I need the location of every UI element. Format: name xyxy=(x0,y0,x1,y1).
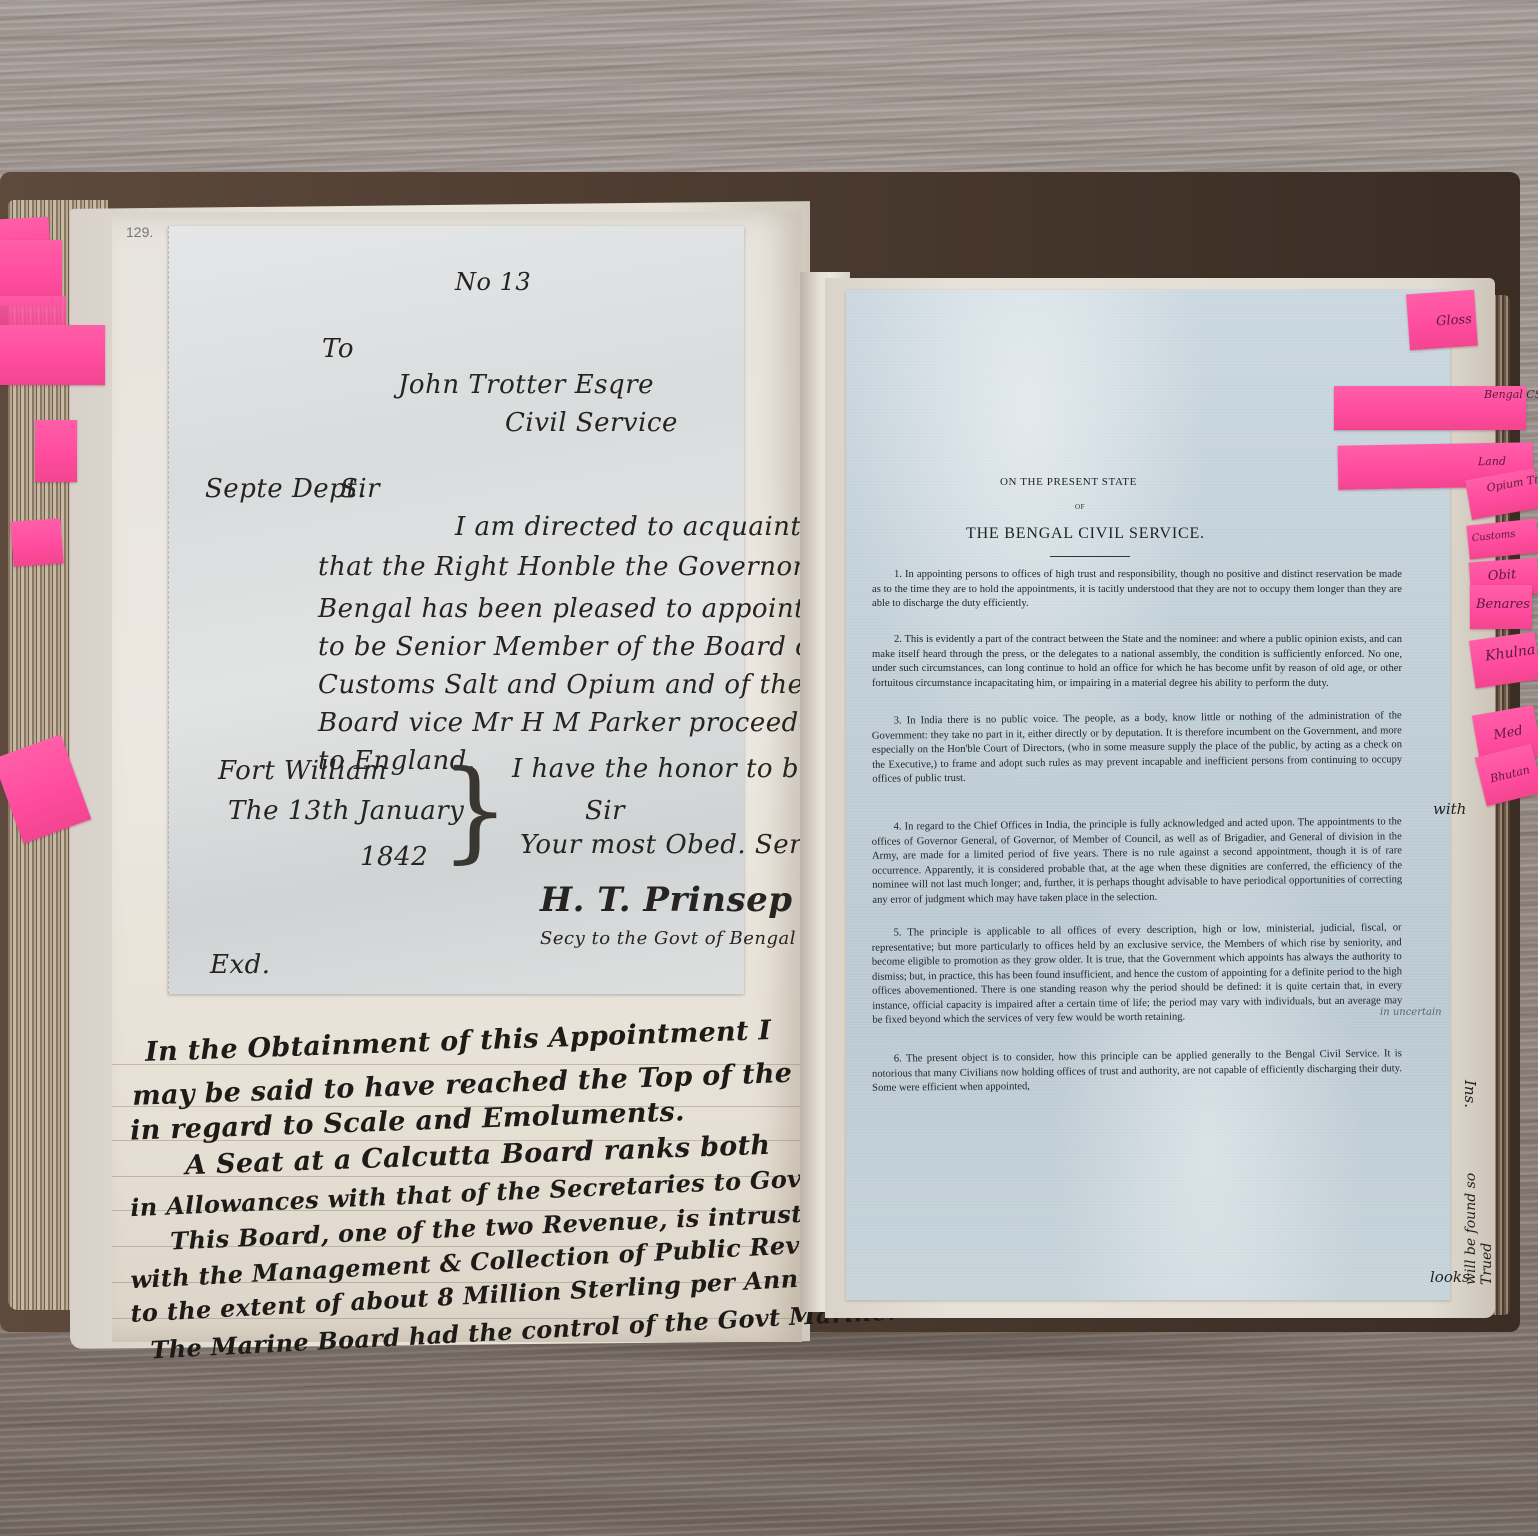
print-paragraph-4: 4. In regard to the Chief Offices in Ind… xyxy=(872,815,1403,908)
print-title-line-1: ON THE PRESENT STATE xyxy=(1000,476,1137,488)
bookmark-tab[interactable]: Khulna xyxy=(1469,632,1538,689)
print-paragraph-3: 3. In India there is no public voice. Th… xyxy=(872,709,1403,787)
letter-body-line: Board vice Mr H M Parker proceeded xyxy=(318,708,832,738)
letter-number: No 13 xyxy=(455,268,531,296)
letter-date: The 13th January xyxy=(228,796,464,826)
letter-body-line: to be Senior Member of the Board of xyxy=(318,632,821,662)
tab-label: Land xyxy=(1478,455,1506,468)
letter-body-line: Bengal has been pleased to appoint you xyxy=(318,594,862,624)
bookmark-tab[interactable]: Customs xyxy=(1466,518,1538,559)
tab-label: Benares xyxy=(1476,597,1530,612)
letter-to: To xyxy=(322,334,354,364)
tab-label: Obit xyxy=(1487,567,1516,584)
print-paragraph-1: 1. In appointing persons to offices of h… xyxy=(872,568,1402,612)
title-rule xyxy=(1050,556,1130,557)
print-title-of: OF xyxy=(1075,503,1085,511)
addressee-name: John Trotter Esqre xyxy=(398,370,654,400)
bookmark-tab[interactable]: Benares xyxy=(1470,585,1532,629)
signatory-title: Secy to the Govt of Bengal xyxy=(540,928,796,949)
letter-place: Fort William xyxy=(218,756,387,786)
letter-year: 1842 xyxy=(360,842,428,872)
print-title-line-2: THE BENGAL CIVIL SERVICE. xyxy=(966,525,1205,543)
print-paragraph-6: 6. The present object is to consider, ho… xyxy=(872,1047,1402,1096)
printed-blue-sheet xyxy=(846,290,1450,1300)
letter-body-line: I am directed to acquaint you xyxy=(455,512,859,542)
salutation-sir: Sir xyxy=(340,474,380,504)
closing-line: Your most Obed. Servt xyxy=(520,830,828,860)
margin-annotation: in uncertain xyxy=(1380,1007,1442,1018)
bookmark-tab[interactable] xyxy=(0,325,105,385)
side-annotation: Ins. xyxy=(1461,1080,1479,1108)
bookmark-tab[interactable]: Bengal CS xyxy=(1334,386,1526,430)
addressee-title: Civil Service xyxy=(505,408,678,438)
side-annotation: looks xyxy=(1430,1268,1470,1286)
tab-label: Gloss xyxy=(1436,312,1473,329)
bookmark-tab[interactable] xyxy=(10,518,63,566)
bookmark-tab[interactable] xyxy=(35,420,77,482)
examined-initials: Exd. xyxy=(210,950,271,980)
tab-label: Customs xyxy=(1471,529,1516,545)
tab-label: Bengal CS xyxy=(1484,388,1538,401)
tab-label: Med xyxy=(1492,723,1523,743)
print-paragraph-5: 5. The principle is applicable to all of… xyxy=(871,921,1402,1028)
tab-label: Bhutan xyxy=(1489,763,1531,785)
page-number: 129. xyxy=(126,224,153,240)
print-paragraph-2: 2. This is evidently a part of the contr… xyxy=(872,633,1402,691)
closing-line: Sir xyxy=(585,796,625,826)
closing-line: I have the honor to be xyxy=(512,754,815,784)
date-brace: } xyxy=(440,746,511,874)
signature: H. T. Prinsep xyxy=(540,880,793,920)
bookmark-tab[interactable]: Gloss xyxy=(1406,290,1478,351)
tab-label: Khulna xyxy=(1484,642,1536,665)
side-annotation: with xyxy=(1433,800,1466,818)
letter-body-line: that the Right Honble the Governor of xyxy=(318,552,841,582)
